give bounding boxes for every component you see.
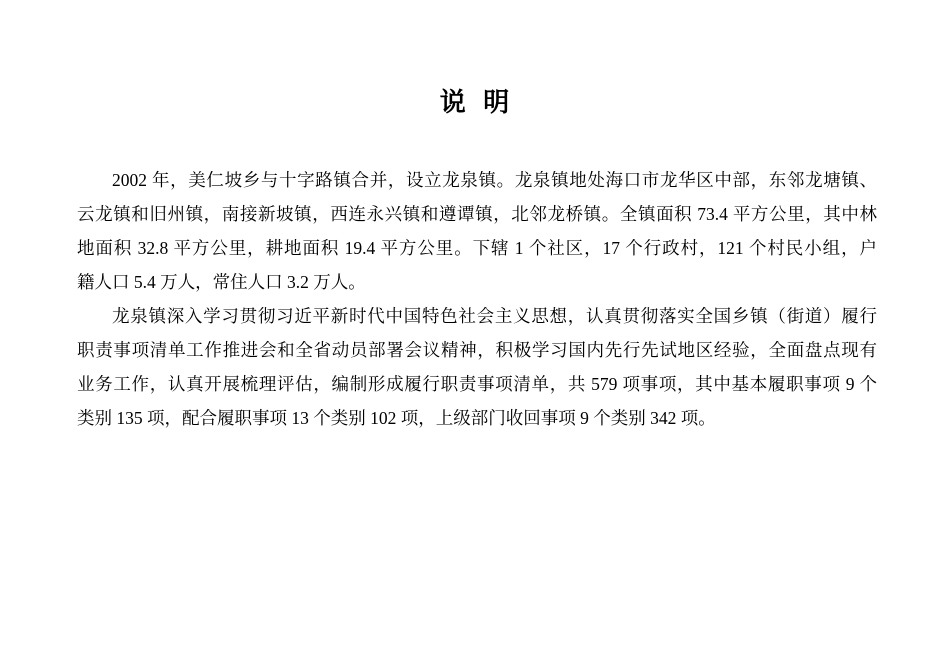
text-line: 籍人口 5.4 万人，常住人口 3.2 万人。 <box>77 265 877 299</box>
text-line: 2002 年，美仁坡乡与十字路镇合并，设立龙泉镇。龙泉镇地处海口市龙华区中部，东… <box>77 163 877 197</box>
document-page: 说 明 2002 年，美仁坡乡与十字路镇合并，设立龙泉镇。龙泉镇地处海口市龙华区… <box>0 0 950 672</box>
text-line: 地面积 32.8 平方公里，耕地面积 19.4 平方公里。下辖 1 个社区，17… <box>77 231 877 265</box>
text-line: 龙泉镇深入学习贯彻习近平新时代中国特色社会主义思想，认真贯彻落实全国乡镇（街道）… <box>77 299 877 333</box>
text-line: 业务工作，认真开展梳理评估，编制形成履行职责事项清单，共 579 项事项，其中基… <box>77 367 877 401</box>
text-line: 职责事项清单工作推进会和全省动员部署会议精神，积极学习国内先行先试地区经验，全面… <box>77 333 877 367</box>
paragraph-1: 2002 年，美仁坡乡与十字路镇合并，设立龙泉镇。龙泉镇地处海口市龙华区中部，东… <box>77 163 877 299</box>
text-line: 类别 135 项，配合履职事项 13 个类别 102 项，上级部门收回事项 9 … <box>77 401 877 435</box>
text-line: 云龙镇和旧州镇，南接新坡镇，西连永兴镇和遵谭镇，北邻龙桥镇。全镇面积 73.4 … <box>77 197 877 231</box>
document-body: 2002 年，美仁坡乡与十字路镇合并，设立龙泉镇。龙泉镇地处海口市龙华区中部，东… <box>77 163 877 435</box>
paragraph-2: 龙泉镇深入学习贯彻习近平新时代中国特色社会主义思想，认真贯彻落实全国乡镇（街道）… <box>77 299 877 435</box>
page-title: 说 明 <box>0 88 950 118</box>
